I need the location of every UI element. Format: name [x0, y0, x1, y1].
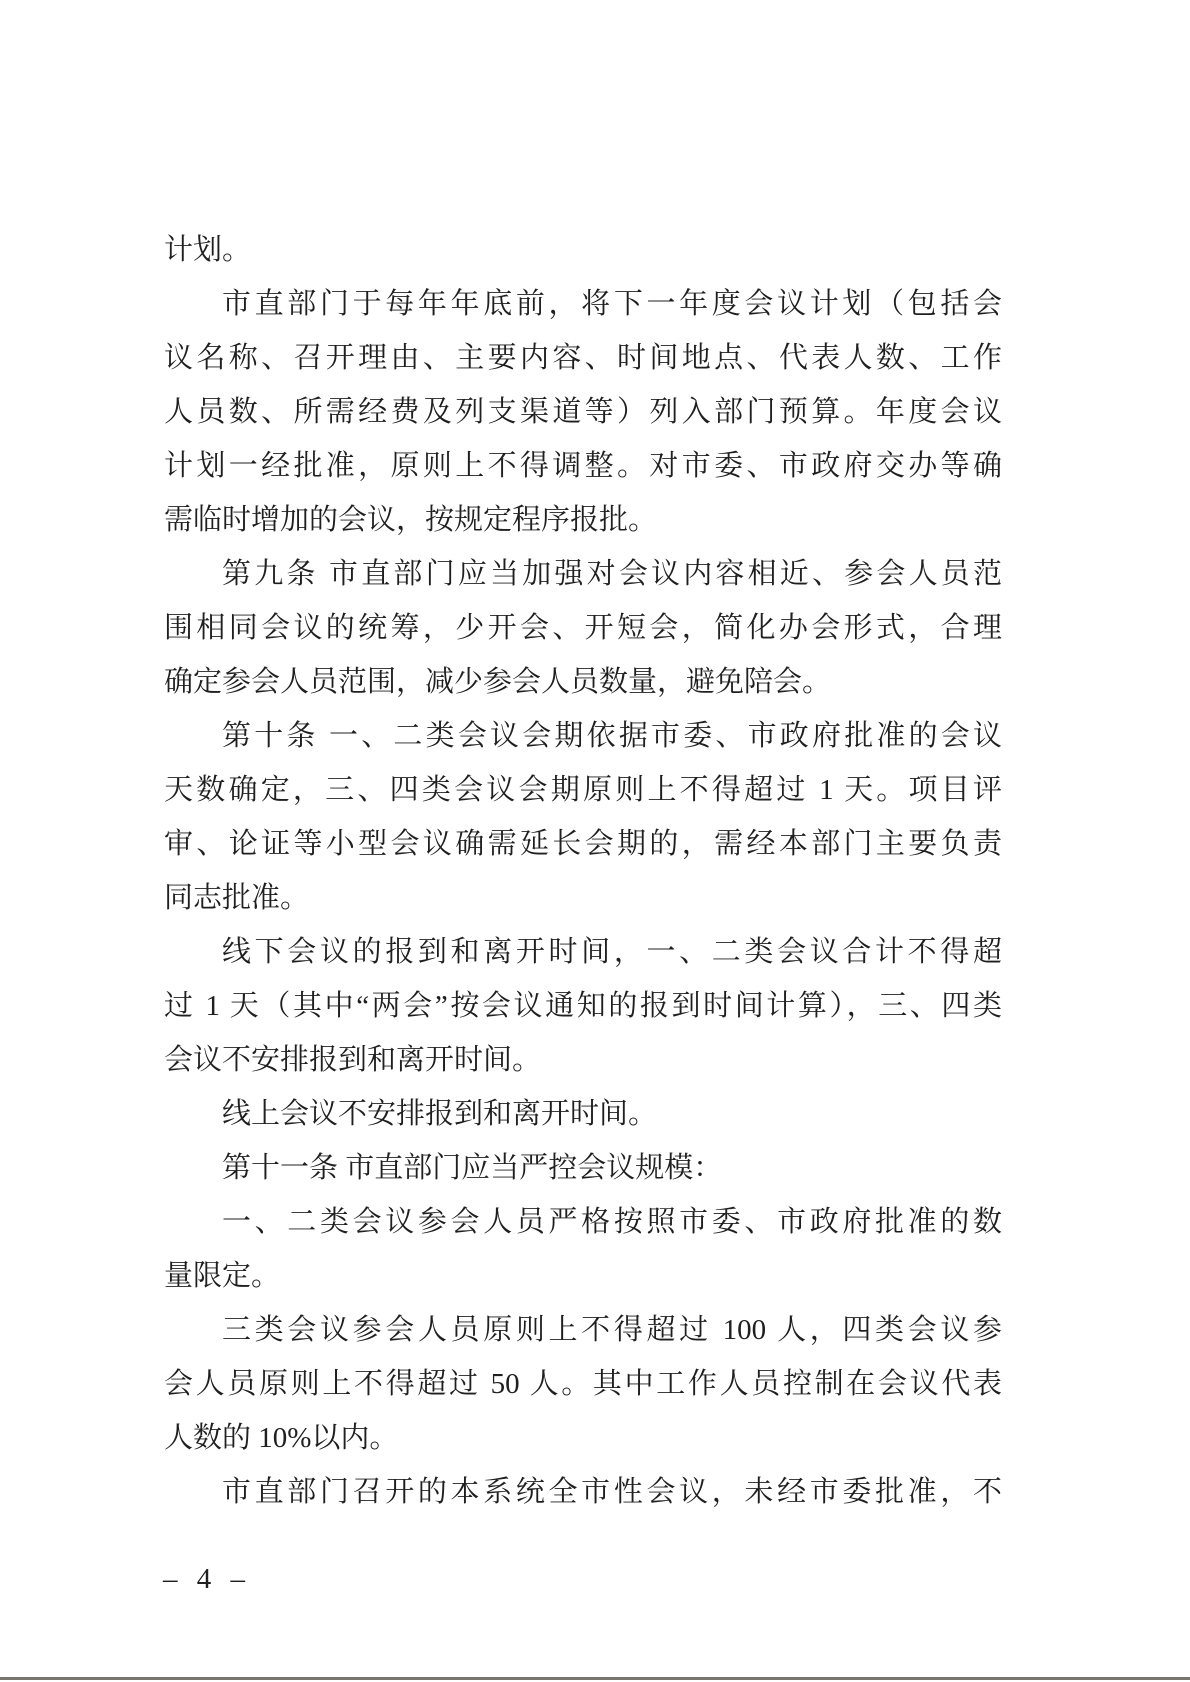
text-line: 人数的 10%以内。 [164, 1411, 1002, 1465]
document-page: 计划。市直部门于每年年底前，将下一年度会议计划（包括会议名称、召开理由、主要内容… [0, 0, 1190, 1682]
text-line: 线下会议的报到和离开时间，一、二类会议合计不得超 [164, 925, 1002, 979]
text-line: 会议不安排报到和离开时间。 [164, 1033, 1002, 1087]
scan-edge-line [0, 1677, 1190, 1680]
text-line: 人员数、所需经费及列支渠道等）列入部门预算。年度会议 [164, 385, 1002, 439]
text-line: 需临时增加的会议，按规定程序报批。 [164, 493, 1002, 547]
text-line: 审、论证等小型会议确需延长会期的，需经本部门主要负责 [164, 817, 1002, 871]
text-line: 第十一条 市直部门应当严控会议规模： [164, 1141, 1002, 1195]
text-line: 一、二类会议参会人员严格按照市委、市政府批准的数 [164, 1195, 1002, 1249]
text-line: 同志批准。 [164, 871, 1002, 925]
text-line: 过 1 天（其中“两会”按会议通知的报到时间计算），三、四类 [164, 979, 1002, 1033]
page-number: – 4 – [163, 1552, 251, 1606]
text-line: 围相同会议的统筹，少开会、开短会，简化办会形式，合理 [164, 601, 1002, 655]
text-line: 量限定。 [164, 1249, 1002, 1303]
text-line: 线上会议不安排报到和离开时间。 [164, 1087, 1002, 1141]
text-line: 确定参会人员范围，减少参会人员数量，避免陪会。 [164, 655, 1002, 709]
text-line: 市直部门于每年年底前，将下一年度会议计划（包括会 [164, 277, 1002, 331]
text-line: 计划一经批准，原则上不得调整。对市委、市政府交办等确 [164, 439, 1002, 493]
text-line: 第十条 一、二类会议会期依据市委、市政府批准的会议 [164, 709, 1002, 763]
text-line: 第九条 市直部门应当加强对会议内容相近、参会人员范 [164, 547, 1002, 601]
text-line: 三类会议参会人员原则上不得超过 100 人，四类会议参 [164, 1303, 1002, 1357]
text-line: 议名称、召开理由、主要内容、时间地点、代表人数、工作 [164, 331, 1002, 385]
text-line: 市直部门召开的本系统全市性会议，未经市委批准，不 [164, 1465, 1002, 1519]
document-body: 计划。市直部门于每年年底前，将下一年度会议计划（包括会议名称、召开理由、主要内容… [164, 223, 1002, 1519]
text-line: 天数确定，三、四类会议会期原则上不得超过 1 天。项目评 [164, 763, 1002, 817]
text-line: 计划。 [164, 223, 1002, 277]
text-line: 会人员原则上不得超过 50 人。其中工作人员控制在会议代表 [164, 1357, 1002, 1411]
